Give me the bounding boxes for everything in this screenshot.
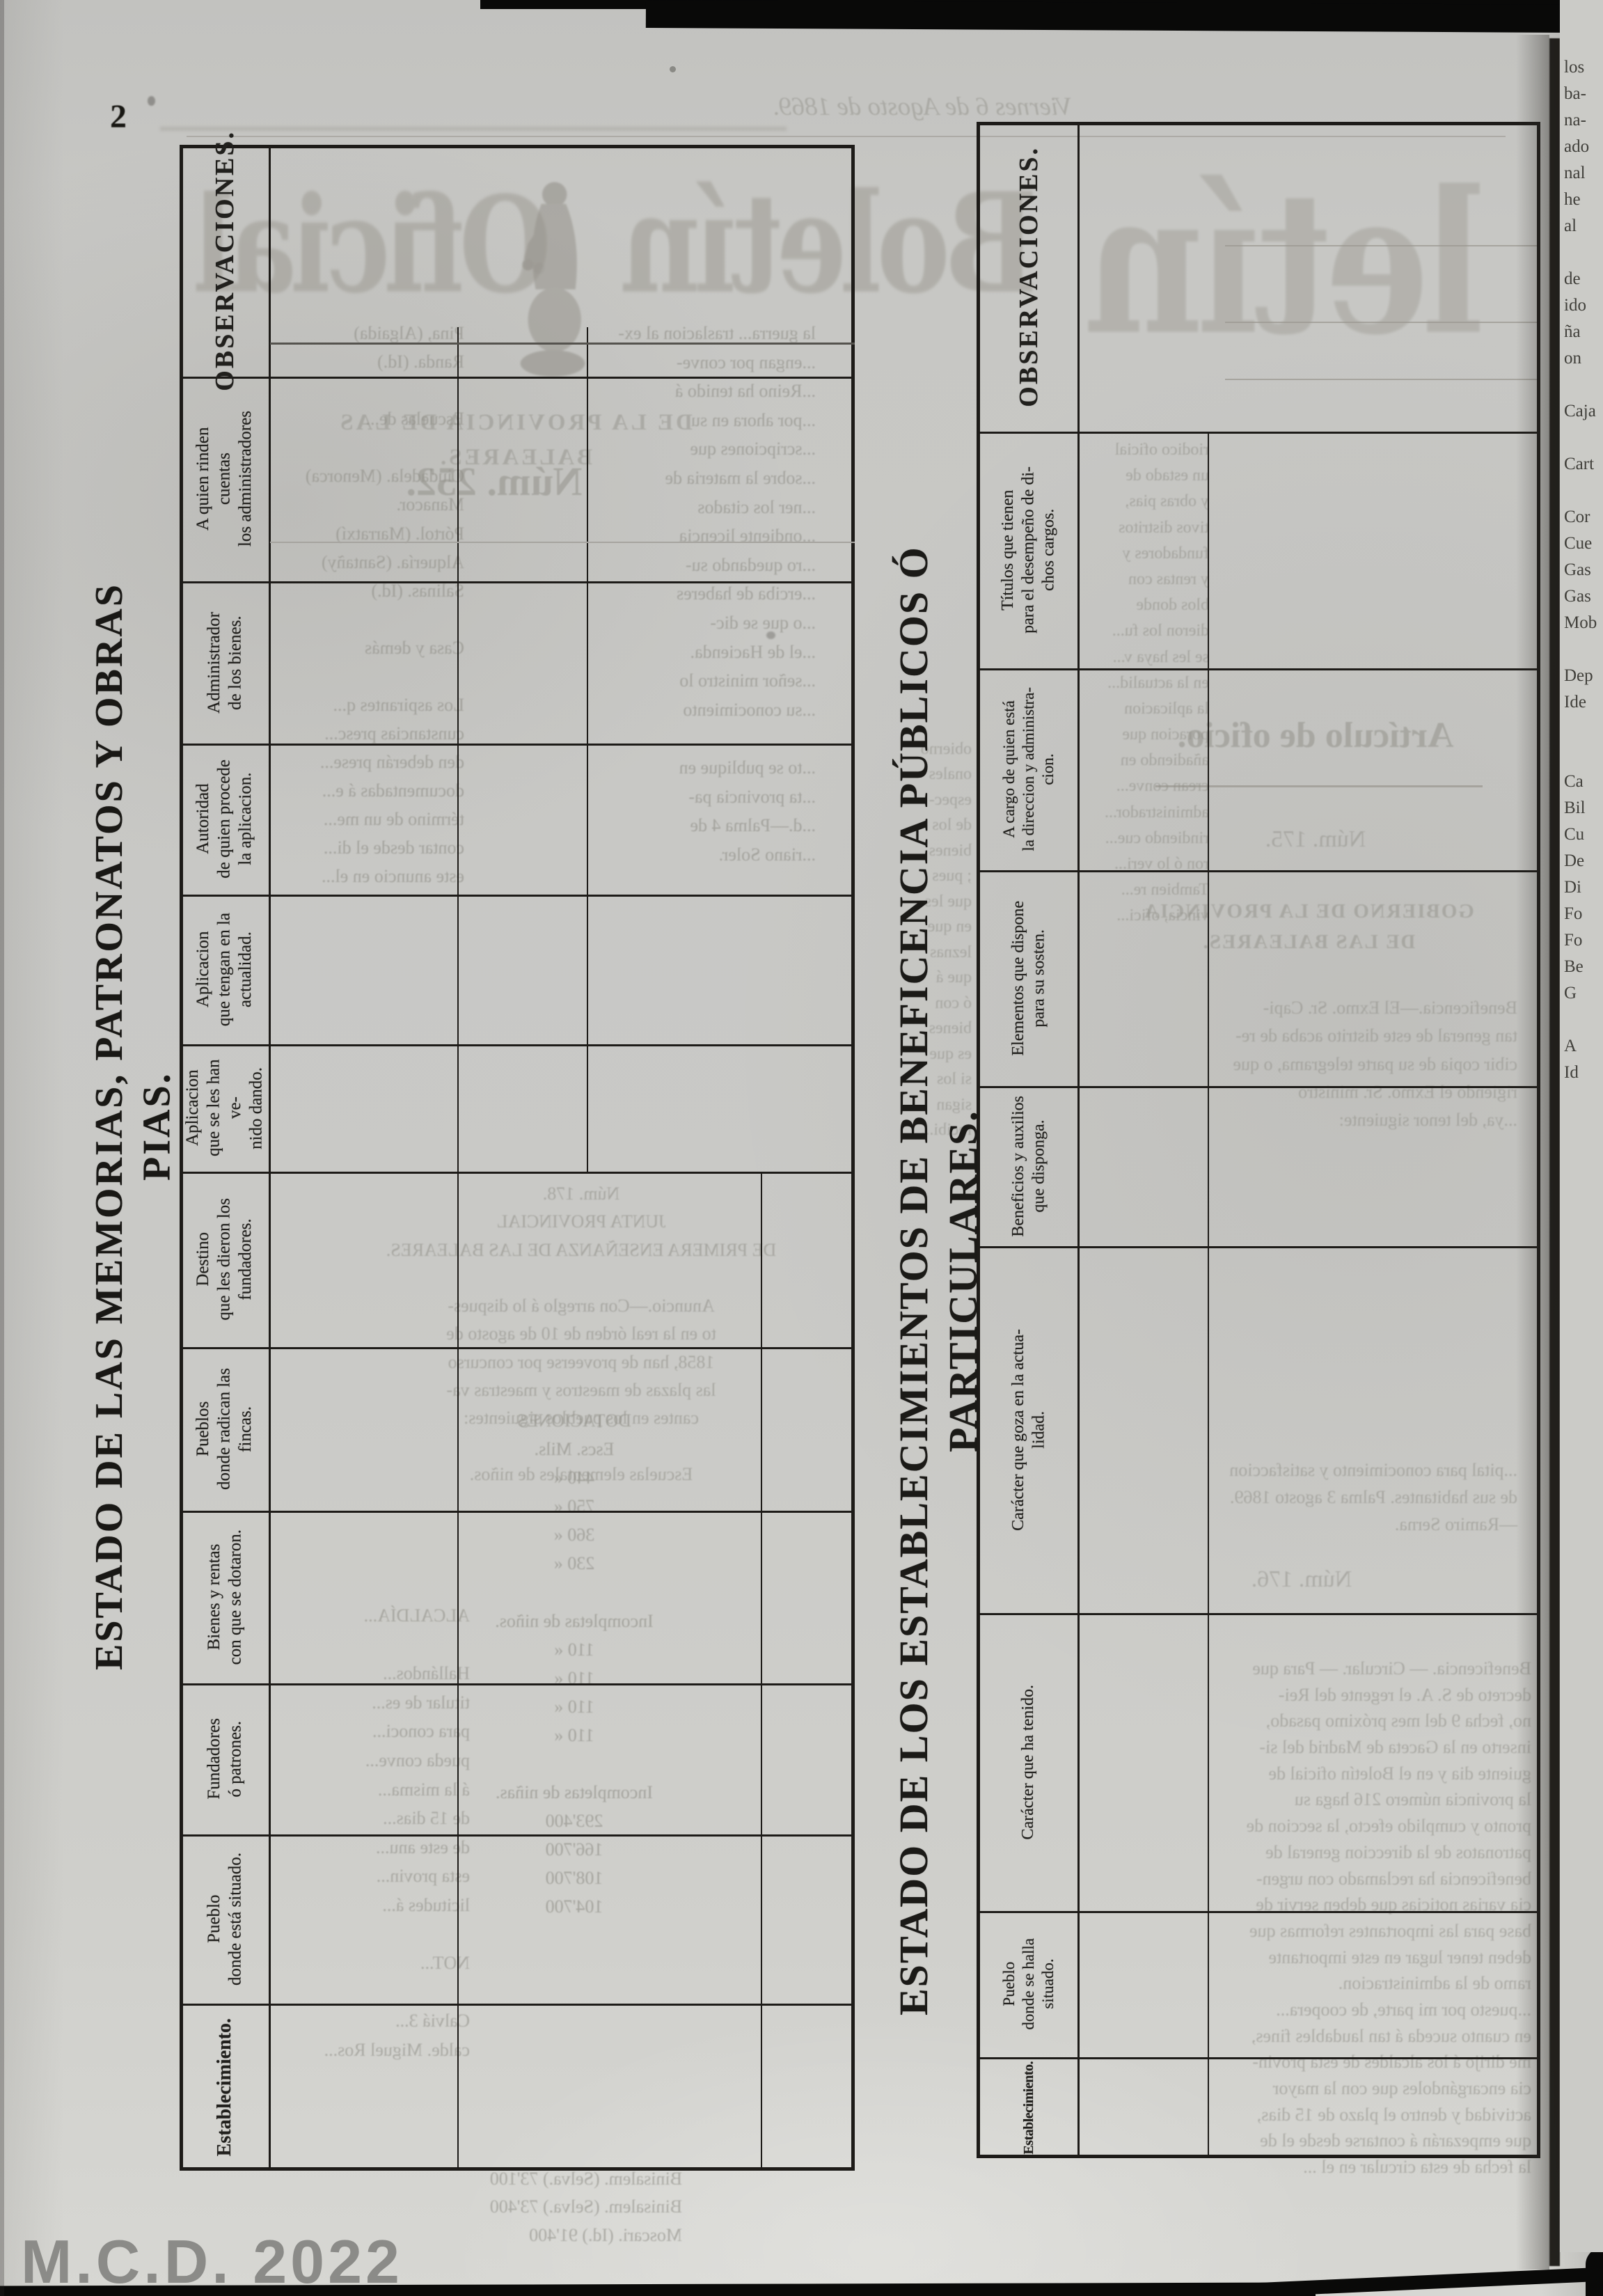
left-row-sep-3 (180, 744, 855, 746)
scan-left-edge (0, 0, 4, 2296)
left-header-administrador-bienes: Administrador de los bienes. (183, 585, 267, 739)
right-table-title-block: ESTADO DE LOS ESTABLECIMIENTOS DE BENEFI… (897, 432, 981, 2130)
ink-speck-2 (766, 631, 775, 639)
right-header-a-cargo-direccion: A cargo de quien está la direccion y adm… (983, 673, 1075, 866)
right-row-sep-3 (977, 870, 1540, 872)
left-header-aplicacion-venido-dando: Aplicacion que se les han ve- nido dando… (183, 1048, 267, 1167)
right-table-col-divider-1 (1208, 432, 1209, 2158)
right-row-sep-6 (977, 1613, 1540, 1615)
scan-top-edge (646, 0, 1603, 33)
ink-speck-3 (148, 96, 155, 106)
right-header-caracter-tenido: Carácter que ha tenido. (983, 1617, 1075, 1907)
adjacent-page-sliver: los ba- na- ado nal he al de ido ña on C… (1560, 0, 1603, 2252)
smudge-streak (160, 127, 787, 131)
scanned-newspaper-page: Viernes 6 de Agosto de 1869. Oficial Bol… (0, 0, 1603, 2296)
right-header-beneficios-auxilios: Beneficios y auxilios que disponga. (983, 1090, 1075, 1242)
right-table-title: ESTADO DE LOS ESTABLECIMIENTOS DE BENEFI… (890, 432, 988, 2130)
left-table-header-divider (269, 145, 271, 2171)
right-row-sep-1 (977, 432, 1540, 434)
left-table-inner-rule (270, 343, 855, 345)
left-row-sep-9 (180, 1683, 855, 1685)
left-header-fundadores-patrones: Fundadores ó patrones. (183, 1688, 267, 1830)
right-header-caracter-actualidad: Carácter que goza en la actua- lidad. (983, 1250, 1075, 1609)
left-table-hairline (270, 542, 855, 543)
right-header-titulos-cargos: Títulos que tienen para el desempeño de … (983, 436, 1075, 664)
gutter-fold-line (1549, 38, 1560, 2266)
left-header-pueblos-fincas: Pueblos donde radican las fincas. (183, 1351, 267, 1507)
left-header-bienes-rentas: Bienes y rentas con que se dotaron. (183, 1515, 267, 1679)
left-table (180, 145, 855, 2171)
left-row-sep-8 (180, 1511, 855, 1513)
right-row-sep-7 (977, 1911, 1540, 1913)
left-header-destino-fundadores: Destino que les dieron los fundadores. (183, 1176, 267, 1343)
left-row-sep-10 (180, 1834, 855, 1837)
ink-speck-1 (670, 66, 676, 72)
left-table-title: ESTADO DE LAS MEMORIAS, PATRONATOS Y OBR… (86, 569, 181, 1683)
gutter-shadow (1516, 35, 1549, 2270)
left-header-pueblo-situado: Pueblo donde está situado. (183, 1839, 267, 1999)
right-row-sep-2 (977, 668, 1540, 670)
left-row-sep-2 (180, 581, 855, 583)
left-header-establecimiento: Establecimiento. (183, 2008, 267, 2167)
right-row-sep-8 (977, 2057, 1540, 2059)
left-row-sep-5 (180, 1044, 855, 1046)
watermark: M.C.D. 2022 (21, 2226, 403, 2296)
ghost-date-header: Viernes 6 de Agosto de 1869. (759, 88, 1086, 127)
scan-right-corner (1586, 2247, 1603, 2296)
left-table-title-block: ESTADO DE LAS MEMORIAS, PATRONATOS Y OBR… (86, 569, 180, 1683)
left-table-col-divider-3 (761, 1172, 762, 2171)
folio-page-number: 2 (110, 97, 127, 136)
left-row-sep-6 (180, 1172, 855, 1174)
left-row-sep-1 (180, 377, 855, 379)
left-header-observaciones: OBSERVACIONES. (183, 149, 267, 372)
right-header-elementos-sosten: Elementos que dispone para su sosten. (983, 874, 1075, 1082)
right-header-observaciones: OBSERVACIONES. (983, 126, 1075, 427)
left-row-sep-11 (180, 2004, 855, 2006)
left-table-col-divider-1 (457, 327, 459, 2171)
left-header-autoridad-aplicacion: Autoridad de quien procede la aplicacion… (183, 748, 267, 890)
left-header-aplicacion-actualidad: Aplicacion que tengan en la actualidad. (183, 899, 267, 1040)
left-row-sep-7 (180, 1347, 855, 1349)
adjacent-page-text: los ba- na- ado nal he al de ido ña on C… (1560, 0, 1603, 1086)
right-row-sep-5 (977, 1246, 1540, 1248)
right-header-pueblo-situado: Pueblo donde se halla situado. (983, 1915, 1075, 2053)
right-row-sep-4 (977, 1086, 1540, 1088)
right-header-establecimiento: Establecimiento. (983, 2061, 1075, 2154)
left-header-a-quien-rinden-cuentas: A quien rinden cuentas los administrador… (183, 381, 267, 577)
left-row-sep-4 (180, 895, 855, 897)
scan-bottom-right-wedge (1183, 2267, 1603, 2296)
right-table-header-divider (1077, 122, 1080, 2158)
